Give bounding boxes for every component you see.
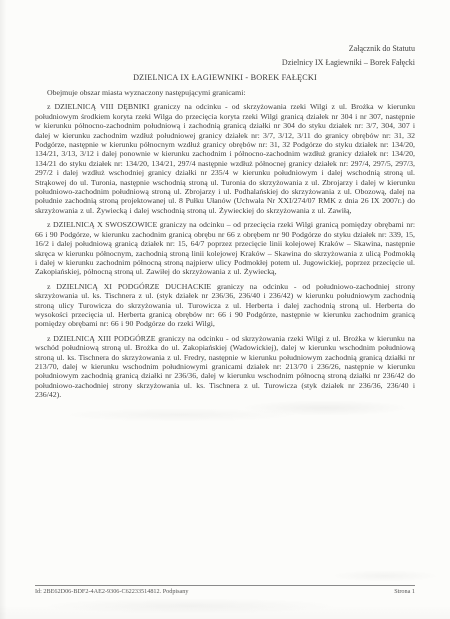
scan-artifact bbox=[60, 408, 300, 422]
scan-artifact bbox=[40, 598, 340, 614]
page-footer: Id: 2BE62D06-BDF2-4AE2-9306-C62233514812… bbox=[35, 585, 415, 596]
scan-artifact bbox=[330, 570, 440, 582]
boundary-paragraph-swoszowice: z DZIELNICĄ X SWOSZOWICE graniczy na odc… bbox=[35, 220, 415, 276]
boundary-paragraph-podgorze-duchackie: z DZIELNICĄ XI PODGÓRZE DUCHACKIE granic… bbox=[35, 282, 415, 329]
scan-artifact bbox=[240, 400, 410, 416]
boundary-paragraph-podgorze: z DZIELNICĄ XIII PODGÓRZE graniczy na od… bbox=[35, 334, 415, 400]
annex-reference-line-2: Dzielnicy IX Łagiewniki – Borek Fałęcki bbox=[35, 56, 415, 70]
document-page: Załącznik do Statutu Dzielnicy IX Łagiew… bbox=[0, 0, 450, 619]
document-id: Id: 2BE62D06-BDF2-4AE2-9306-C62233514812… bbox=[35, 588, 188, 596]
intro-paragraph: Obejmuje obszar miasta wyznaczony następ… bbox=[35, 88, 415, 97]
document-title: DZIELNICA IX ŁAGIEWNIKI - BOREK FAŁĘCKI bbox=[35, 73, 415, 83]
boundary-paragraph-debniki: z DZIELNICĄ VIII DĘBNIKI graniczy na odc… bbox=[35, 102, 415, 215]
page-content: Załącznik do Statutu Dzielnicy IX Łagiew… bbox=[35, 42, 415, 400]
page-number: Strona 1 bbox=[394, 588, 415, 596]
annex-reference-line-1: Załącznik do Statutu bbox=[35, 42, 415, 56]
